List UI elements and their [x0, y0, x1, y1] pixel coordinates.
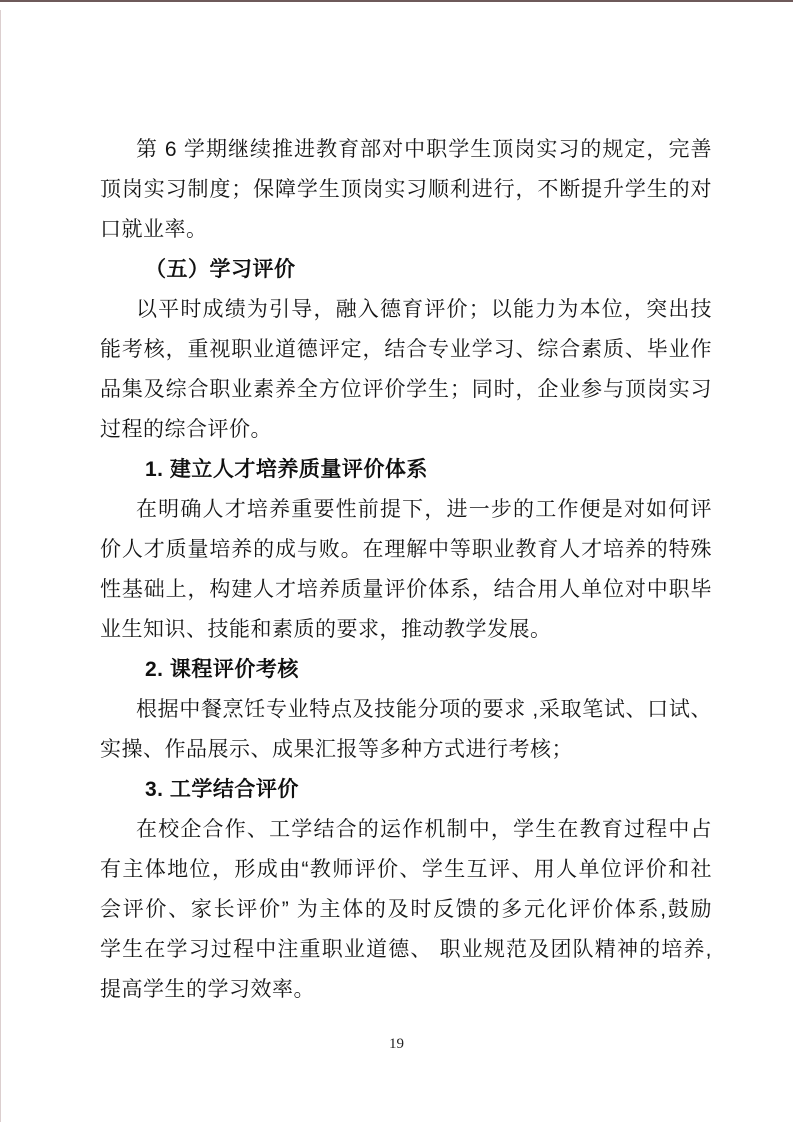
paragraph-line: 过程的综合评价。 — [100, 410, 712, 450]
subsection-heading-3: 3. 工学结合评价 — [100, 770, 712, 810]
paragraph-line: 学生在学习过程中注重职业道德、 职业规范及团队精神的培养, — [100, 930, 712, 970]
paragraph-line: 以平时成绩为引导，融入德育评价；以能力为本位，突出技 — [100, 290, 712, 330]
paragraph-line: 业生知识、技能和素质的要求，推动教学发展。 — [100, 610, 712, 650]
paragraph-line: 性基础上，构建人才培养质量评价体系，结合用人单位对中职毕 — [100, 570, 712, 610]
paragraph-line: 在明确人才培养重要性前提下，进一步的工作便是对如何评 — [100, 490, 712, 530]
paragraph-line: 口就业率。 — [100, 210, 712, 250]
paragraph-line: 顶岗实习制度；保障学生顶岗实习顺利进行，不断提升学生的对 — [100, 170, 712, 210]
subsection-heading-2: 2. 课程评价考核 — [100, 650, 712, 690]
subsection-heading-1: 1. 建立人才培养质量评价体系 — [100, 450, 712, 490]
paragraph-line: 在校企合作、工学结合的运作机制中，学生在教育过程中占 — [100, 810, 712, 850]
paragraph-line: 价人才质量培养的成与败。在理解中等职业教育人才培养的特殊 — [100, 530, 712, 570]
paragraph-line: 根据中餐烹饪专业特点及技能分项的要求 ,采取笔试、口试、 — [100, 690, 712, 730]
paragraph-line: 会评价、家长评价” 为主体的及时反馈的多元化评价体系,鼓励 — [100, 890, 712, 930]
paragraph-line: 品集及综合职业素养全方位评价学生；同时，企业参与顶岗实习 — [100, 370, 712, 410]
page-number: 19 — [0, 1036, 793, 1053]
paragraph-line: 有主体地位，形成由“教师评价、学生互评、用人单位评价和社 — [100, 850, 712, 890]
document-page: 第 6 学期继续推进教育部对中职学生顶岗实习的规定，完善 顶岗实习制度；保障学生… — [0, 0, 793, 1122]
paragraph-line: 第 6 学期继续推进教育部对中职学生顶岗实习的规定，完善 — [100, 130, 712, 170]
section-heading-5: （五）学习评价 — [100, 250, 712, 290]
page-body-text: 第 6 学期继续推进教育部对中职学生顶岗实习的规定，完善 顶岗实习制度；保障学生… — [100, 130, 712, 1010]
paragraph-line: 能考核，重视职业道德评定，结合专业学习、综合素质、毕业作 — [100, 330, 712, 370]
paragraph-line: 提高学生的学习效率。 — [100, 970, 712, 1010]
paragraph-line: 实操、作品展示、成果汇报等多种方式进行考核； — [100, 730, 712, 770]
